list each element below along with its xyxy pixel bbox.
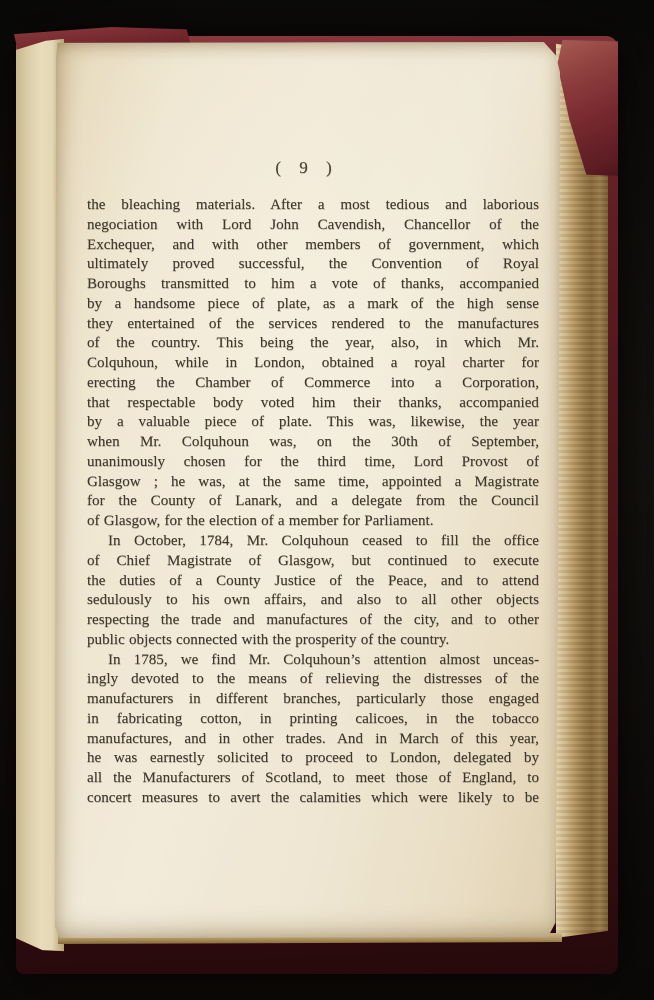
text-line: by a valuable piece of plate. This was, … — [87, 413, 539, 433]
text-line: of Glasgow, for the election of a member… — [87, 512, 539, 532]
fore-edge-page-block — [556, 42, 608, 938]
text-line: respecting the trade and manufactures of… — [87, 611, 539, 631]
page-number: ( 9 ) — [54, 158, 560, 178]
text-line: ultimately proved successful, the Conven… — [87, 255, 539, 275]
text-line: manufactures, and in other trades. And i… — [87, 730, 539, 750]
text-line: concert measures to avert the calamities… — [87, 789, 539, 809]
text-line: ingly devoted to the means of relieving … — [87, 670, 539, 690]
text-line: Boroughs transmitted to him a vote of th… — [87, 275, 539, 295]
text-line: in fabricating cotton, in printing calic… — [87, 710, 539, 730]
text-line: In 1785, we find Mr. Colquhoun’s attenti… — [87, 651, 539, 671]
text-line: all the Manufacturers of Scotland, to me… — [87, 769, 539, 789]
text-line: Colquhoun, while in London, obtained a r… — [87, 354, 539, 374]
text-line: the duties of a County Justice of the Pe… — [87, 572, 539, 592]
text-line: unanimously chosen for the third time, L… — [87, 453, 539, 473]
text-line: of the country. This being the year, als… — [87, 334, 539, 354]
text-line: erecting the Chamber of Commerce into a … — [87, 374, 539, 394]
text-line: the bleaching materials. After a most te… — [87, 196, 539, 216]
text-line: he was earnestly solicited to proceed to… — [87, 749, 539, 769]
text-line: that respectable body voted him their th… — [87, 394, 539, 414]
text-line: negociation with Lord John Cavendish, Ch… — [87, 216, 539, 236]
page-text: the bleaching materials. After a most te… — [87, 196, 539, 809]
text-line: by a handsome piece of plate, as a mark … — [87, 295, 539, 315]
book-page: ( 9 ) the bleaching materials. After a m… — [54, 42, 560, 938]
text-line: In October, 1784, Mr. Colquhoun ceased t… — [87, 532, 539, 552]
photo-backdrop: ( 9 ) the bleaching materials. After a m… — [0, 0, 654, 1000]
text-line: for the County of Lanark, and a delegate… — [87, 492, 539, 512]
text-line: sedulously to his own affairs, and also … — [87, 591, 539, 611]
text-line: public objects connected with the prospe… — [87, 631, 539, 651]
text-line: Glasgow ; he was, at the same time, appo… — [87, 473, 539, 493]
text-line: manufacturers in different branches, par… — [87, 690, 539, 710]
text-line: Exchequer, and with other members of gov… — [87, 236, 539, 256]
text-line: of Chief Magistrate of Glasgow, but cont… — [87, 552, 539, 572]
text-line: they entertained of the services rendere… — [87, 315, 539, 335]
text-line: when Mr. Colquhoun was, on the 30th of S… — [87, 433, 539, 453]
